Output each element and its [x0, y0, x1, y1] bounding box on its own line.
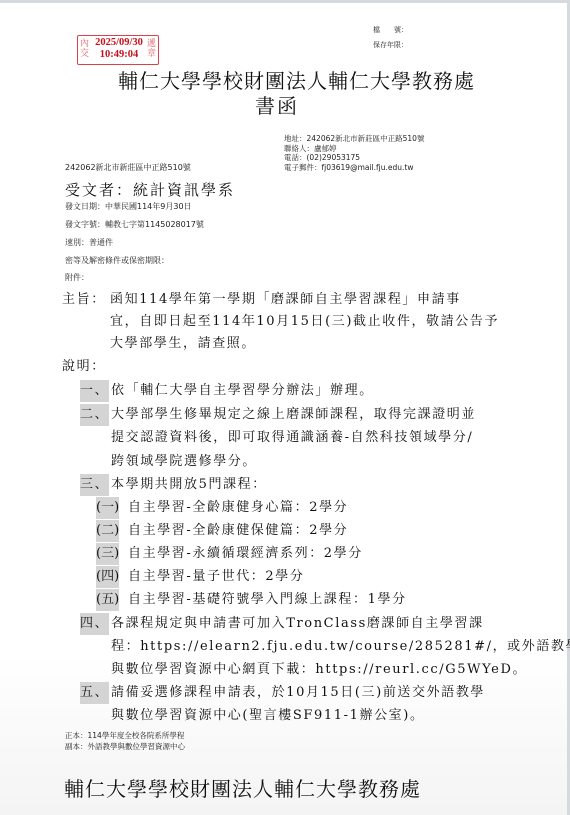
course-text: 自主學習-量子世代：2學分 — [128, 566, 304, 588]
subject-line: 函知114學年第一學期「磨課師自主學習課程」申請事 — [110, 289, 461, 311]
stamp-right-label: 遞章 — [147, 39, 156, 59]
item-text: 與數位學習資源中心(聖言樓SF911-1辦公室)。 — [111, 705, 425, 727]
stamp-datetime: 2025/09/3010:49:04 — [92, 37, 146, 61]
subject-line: 大學部學生，請查照。 — [110, 333, 256, 355]
speed: 速別：普通件 — [65, 237, 113, 248]
item-number: 一、 — [80, 380, 109, 402]
item-text: 各課程規定與申請書可加入TronClass磨課師自主學習課 — [111, 613, 484, 635]
subject-line: 宜，自即日起至114年10月15日(三)截止收件，敬請公告予 — [110, 311, 499, 333]
course-text: 自主學習-全齡康健保健篇：2學分 — [128, 520, 348, 542]
course-number: (二) — [96, 520, 119, 542]
item-number: 五、 — [80, 682, 109, 704]
item-number: 四、 — [80, 613, 109, 635]
item-text: 提交認證資料後，即可取得通識涵養-自然科技領域學分/ — [111, 427, 473, 449]
course-number: (一) — [96, 497, 119, 519]
item-number: 二、 — [80, 404, 109, 426]
item-text: 大學部學生修畢規定之線上磨課師課程，取得完課證明並 — [111, 404, 476, 426]
course-number: (五) — [96, 589, 119, 611]
item-text: 依「輔仁大學自主學習學分辦法」辦理。 — [111, 380, 374, 402]
sender-info: 地址：242062新北市新莊區中正路510號 聯絡人：盧郁婷 電話：(02)29… — [284, 134, 424, 172]
document-page: 內交 2025/09/3010:49:04 遞章 檔 號： 保存年限： 輔仁大學… — [0, 3, 567, 815]
item-text: 與數位學習資源中心網頁下載：https://reurl.cc/G5WYeD。 — [111, 659, 527, 681]
item-number: 三、 — [80, 474, 109, 496]
subject-label: 主旨： — [62, 289, 106, 311]
issue-date: 發文日期：中華民國114年9月30日 — [65, 201, 192, 212]
recipient-address: 242062新北市新莊區中正路510號 — [65, 162, 191, 173]
sender-phone: 電話：(02)29053175 — [284, 153, 424, 163]
doc-type: 書函 — [255, 90, 299, 119]
classification: 密等及解密條件或保密期限： — [65, 255, 169, 266]
copy-recipients: 副本：外語教學與數位學習資源中心 — [65, 742, 185, 752]
course-number: (三) — [96, 543, 119, 565]
item-text: 程：https://elearn2.fju.edu.tw/course/2852… — [111, 636, 570, 658]
recipient: 受文者：統計資訊學系 — [65, 179, 235, 200]
doc-number: 發文字號：輔教七字第1145028017號 — [65, 219, 204, 230]
item-text: 請備妥選修課程申請表，於10月15日(三)前送交外語教學 — [111, 682, 485, 704]
signature: 輔仁大學學校財團法人輔仁大學教務處 — [64, 773, 421, 802]
sender-address: 地址：242062新北市新莊區中正路510號 — [284, 134, 424, 144]
sender-email: 電子郵件：fj03619@mail.fju.edu.tw — [284, 163, 424, 173]
original-recipients: 正本：114學年度全校各院系所學程 — [65, 731, 184, 741]
sender-contact: 聯絡人：盧郁婷 — [284, 144, 424, 154]
attachment: 附件： — [65, 272, 89, 283]
retention-label: 保存年限： — [373, 40, 408, 50]
item-text: 本學期共開放5門課程： — [111, 474, 267, 496]
course-number: (四) — [96, 566, 119, 588]
course-text: 自主學習-永續循環經濟系列：2學分 — [128, 543, 363, 565]
stamp-left-label: 內交 — [80, 39, 89, 59]
course-text: 自主學習-全齡康健身心篇：2學分 — [128, 497, 348, 519]
course-text: 自主學習-基礎符號學入門線上課程：1學分 — [128, 589, 407, 611]
file-number-label: 檔 號： — [373, 25, 408, 35]
explanation-label: 說明： — [62, 356, 106, 378]
receipt-stamp: 內交 2025/09/3010:49:04 遞章 — [77, 35, 159, 65]
item-text: 跨領域學院選修學分。 — [111, 451, 257, 473]
